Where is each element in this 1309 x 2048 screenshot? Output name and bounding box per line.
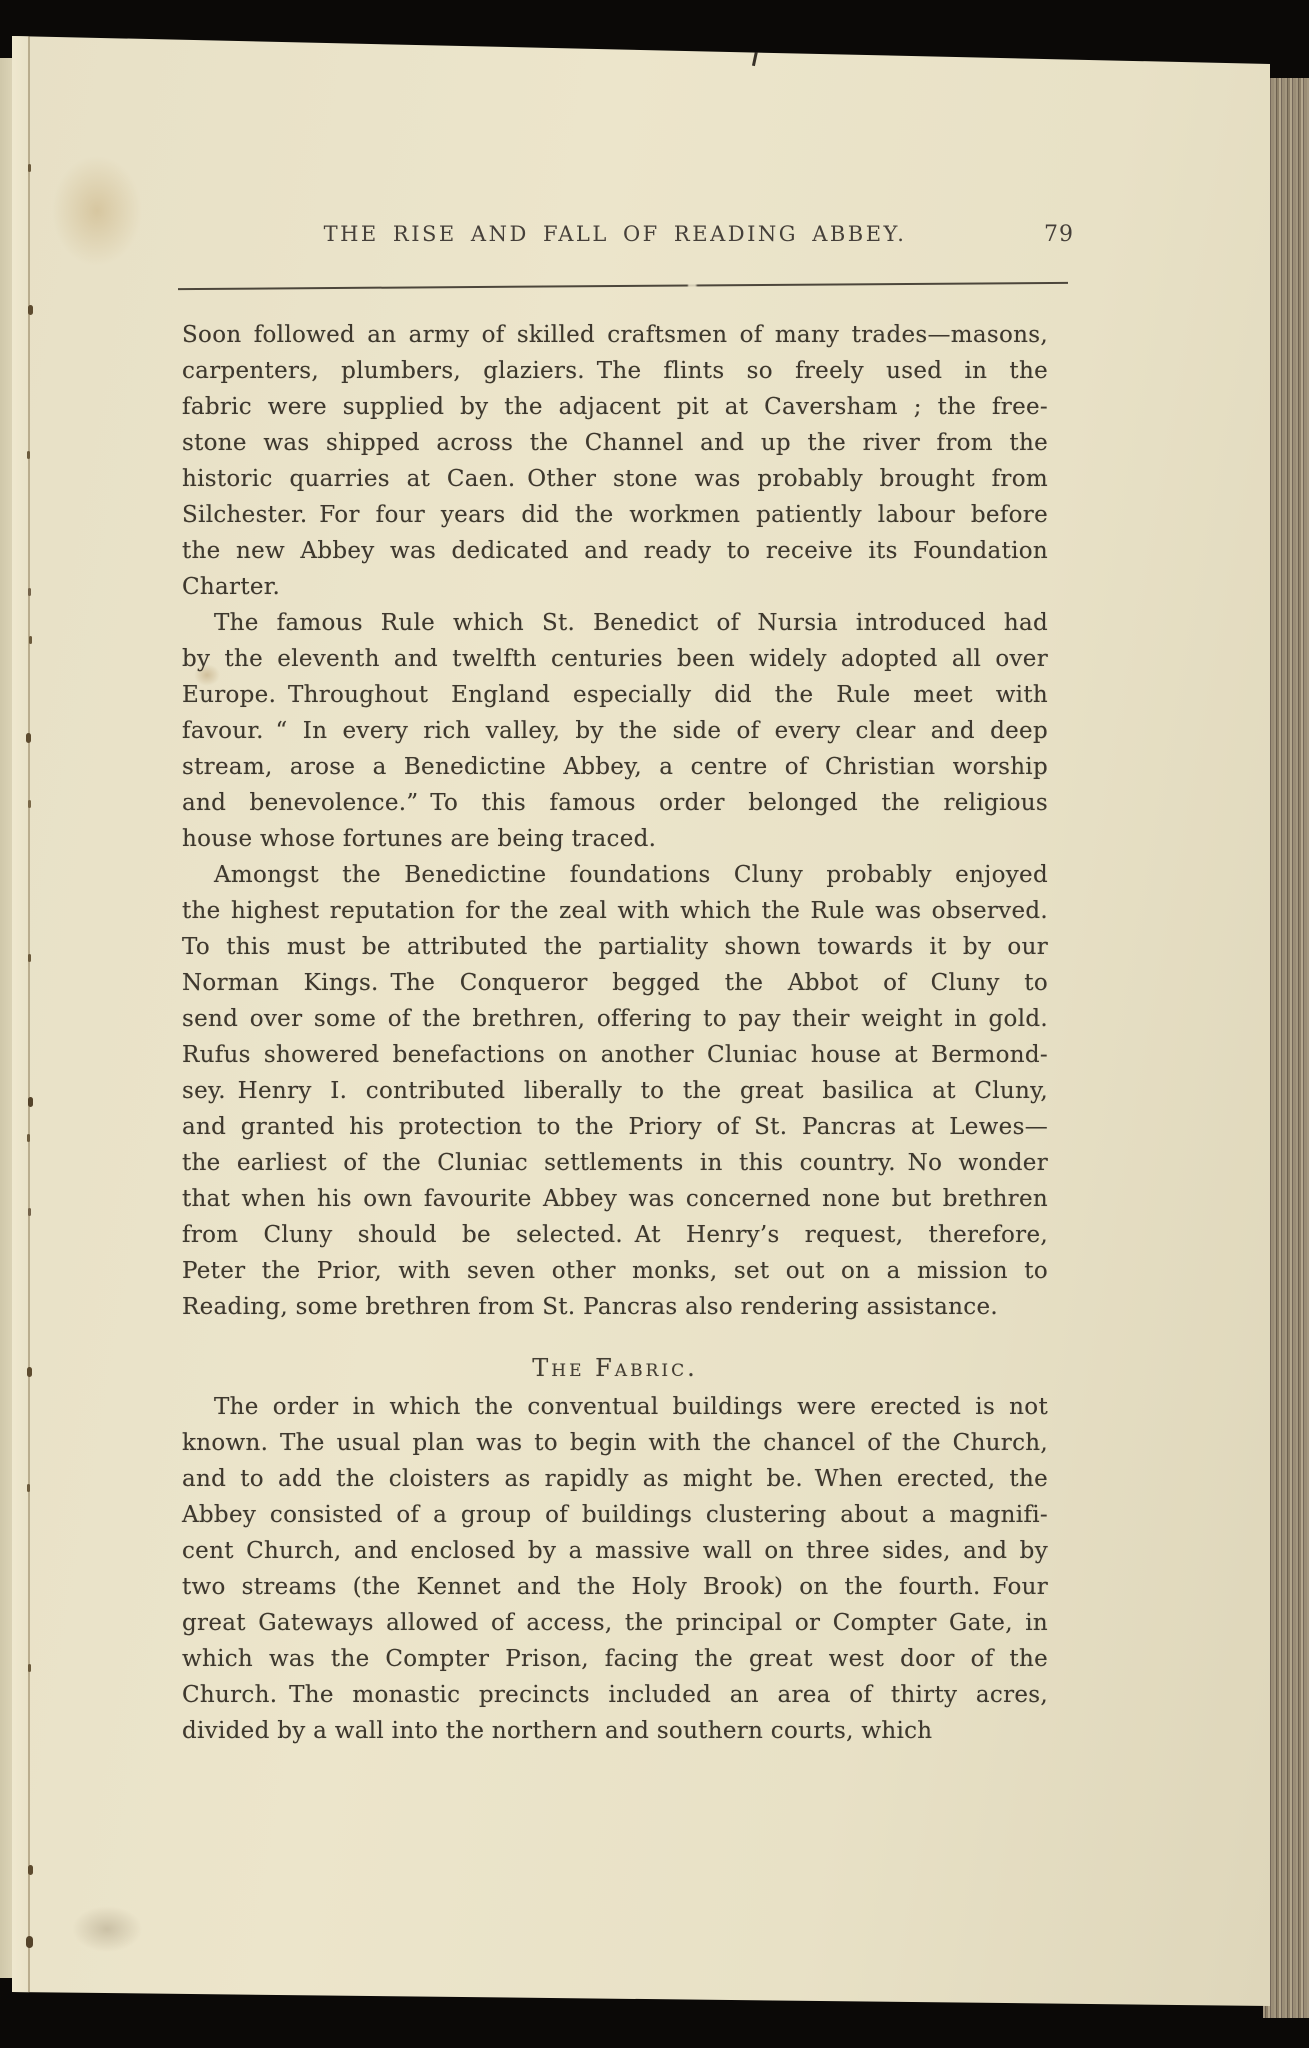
text-line: Silchester. For four years did the workm… (182, 497, 1048, 533)
text-line: carpenters, plumbers, glaziers. The flin… (182, 353, 1048, 389)
text-line: from Cluny should be selected. At Henry’… (182, 1217, 1048, 1253)
text-line: which was the Compter Prison, facing the… (182, 1641, 1048, 1677)
text-line: The order in which the conventual buildi… (182, 1389, 1048, 1425)
text-line: send over some of the brethren, offering… (182, 1001, 1048, 1037)
page-content: THE RISE AND FALL OF READING ABBEY. 79 S… (182, 36, 1048, 2006)
text-line: known. The usual plan was to begin with … (182, 1425, 1048, 1461)
text-line: great Gateways allowed of access, the pr… (182, 1605, 1048, 1641)
text-line: that when his own favourite Abbey was co… (182, 1181, 1048, 1217)
body-text: Soon followed an army of skilled craftsm… (182, 317, 1048, 1749)
text-line: Peter the Prior, with seven other monks,… (182, 1253, 1048, 1289)
paragraph: The famous Rule which St. Benedict of Nu… (182, 605, 1048, 857)
text-line: the earliest of the Cluniac settlements … (182, 1145, 1048, 1181)
text-line: sey. Henry I. contributed liberally to t… (182, 1073, 1048, 1109)
text-line: Reading, some brethren from St. Pancras … (182, 1289, 1048, 1325)
text-line: stream, arose a Benedictine Abbey, a cen… (182, 749, 1048, 785)
section-heading: The Fabric. (182, 1350, 1048, 1386)
paragraph: The order in which the conventual buildi… (182, 1389, 1048, 1749)
text-line: To this must be attributed the partialit… (182, 929, 1048, 965)
gutter-crease (28, 36, 30, 2006)
text-line: The famous Rule which St. Benedict of Nu… (182, 605, 1048, 641)
text-line: fabric were supplied by the adjacent pit… (182, 389, 1048, 425)
header-rule (178, 282, 1068, 290)
text-line: Amongst the Benedictine foundations Clun… (182, 857, 1048, 893)
text-line: house whose fortunes are being traced. (182, 821, 1048, 857)
text-line: two streams (the Kennet and the Holy Bro… (182, 1569, 1048, 1605)
text-line: and benevolence.” To this famous order b… (182, 785, 1048, 821)
text-line: favour. “ In every rich valley, by the s… (182, 713, 1048, 749)
paragraph: Amongst the Benedictine foundations Clun… (182, 857, 1048, 1325)
book-page: THE RISE AND FALL OF READING ABBEY. 79 S… (12, 36, 1270, 2006)
text-line: and to add the cloisters as rapidly as m… (182, 1461, 1048, 1497)
text-line: historic quarries at Caen. Other stone w… (182, 461, 1048, 497)
text-line: cent Church, and enclosed by a massive w… (182, 1533, 1048, 1569)
text-line: by the eleventh and twelfth centuries be… (182, 641, 1048, 677)
text-line: the highest reputation for the zeal with… (182, 893, 1048, 929)
paper-stain (72, 1906, 142, 1952)
gutter-strip (12, 36, 29, 2006)
text-line: Soon followed an army of skilled craftsm… (182, 317, 1048, 353)
text-line: Charter. (182, 569, 1048, 605)
text-line: stone was shipped across the Channel and… (182, 425, 1048, 461)
binding-specks (27, 36, 30, 44)
text-line: the new Abbey was dedicated and ready to… (182, 533, 1048, 569)
paragraph: Soon followed an army of skilled craftsm… (182, 317, 1048, 605)
text-line: Church. The monastic precincts included … (182, 1677, 1048, 1713)
page-number: 79 (1044, 222, 1074, 247)
text-line: divided by a wall into the northern and … (182, 1713, 1048, 1749)
text-line: Abbey consisted of a group of buildings … (182, 1497, 1048, 1533)
underlying-page-sliver (0, 58, 14, 1978)
paper-stain (52, 156, 142, 266)
text-line: Norman Kings. The Conqueror begged the A… (182, 965, 1048, 1001)
text-line: Europe. Throughout England especially di… (182, 677, 1048, 713)
text-line: Rufus showered benefactions on another C… (182, 1037, 1048, 1073)
text-line: and granted his protection to the Priory… (182, 1109, 1048, 1145)
running-header-title: THE RISE AND FALL OF READING ABBEY. (182, 222, 1048, 246)
